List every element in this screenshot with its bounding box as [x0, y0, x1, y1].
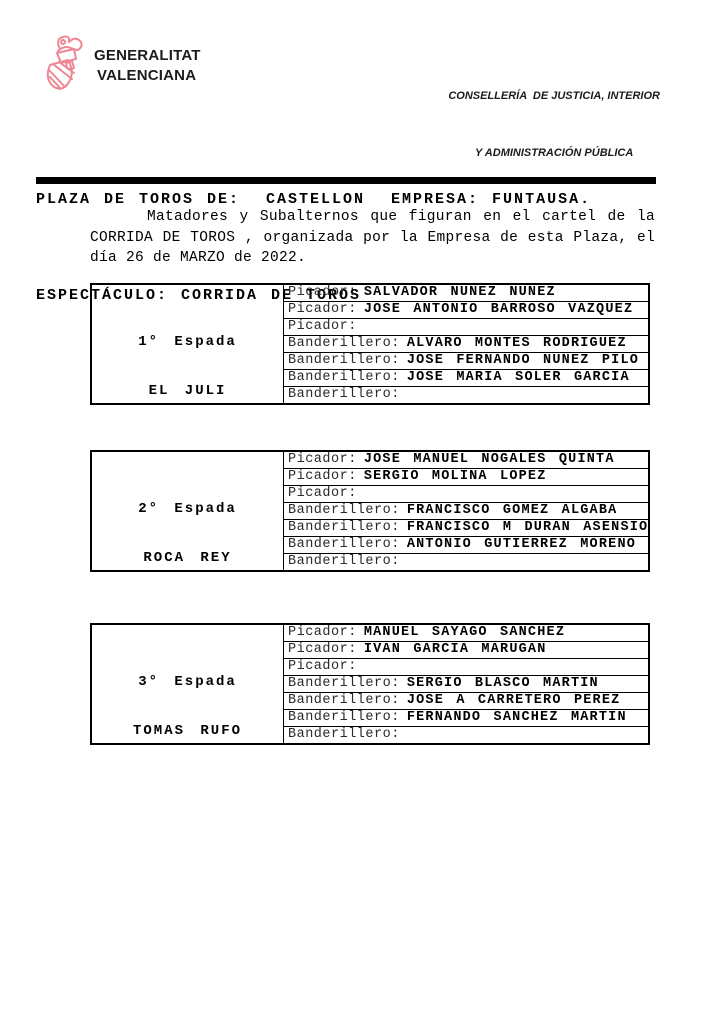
espada-cell: 1° Espada EL JULI	[91, 284, 284, 404]
member-name: IVAN GARCIA MARUGAN	[364, 642, 547, 657]
department-line1: CONSELLERÍA DE JUSTICIA, INTERIOR	[448, 87, 660, 106]
member-name: FERNANDO SANCHEZ MARTIN	[407, 710, 627, 725]
member-name: FRANCISCO GOMEZ ALGABA	[407, 503, 618, 518]
member-row: Banderillero:ALVARO MONTES RODRIGUEZ	[284, 336, 650, 353]
generalitat-valenciana-logo-icon	[36, 34, 88, 102]
role-label: Picador:	[288, 469, 357, 484]
member-row: Banderillero:SERGIO BLASCO MARTIN	[284, 676, 650, 693]
role-label: Banderillero:	[288, 554, 400, 569]
cuadrilla-table-3: 3° Espada TOMAS RUFO Picador:MANUEL SAYA…	[90, 623, 650, 745]
role-label: Banderillero:	[288, 520, 400, 535]
member-name: JOSE ANTONIO BARROSO VAZQUEZ	[364, 302, 633, 317]
member-name: SERGIO MOLINA LOPEZ	[364, 469, 547, 484]
table-row: 3° Espada TOMAS RUFO Picador:MANUEL SAYA…	[91, 624, 649, 642]
document-page: GENERALITAT VALENCIANA CONSELLERÍA DE JU…	[0, 0, 724, 1024]
role-label: Picador:	[288, 486, 357, 501]
member-row: Banderillero:FRANCISCO GOMEZ ALGABA	[284, 503, 650, 520]
member-row: Picador:	[284, 486, 650, 503]
role-label: Banderillero:	[288, 336, 400, 351]
member-name: ALVARO MONTES RODRIGUEZ	[407, 336, 627, 351]
role-label: Banderillero:	[288, 353, 400, 368]
member-name: JOSE A CARRETERO PEREZ	[407, 693, 621, 708]
member-name: JOSE FERNANDO NUÑEZ PILO	[407, 353, 639, 368]
table-row: 1° Espada EL JULI Picador:SALVADOR NUÑEZ…	[91, 284, 649, 302]
role-label: Picador:	[288, 302, 357, 317]
intro-paragraph: Matadores y Subalternos que figuran en e…	[90, 207, 655, 269]
role-label: Picador:	[288, 642, 357, 657]
member-row: Banderillero:JOSE A CARRETERO PEREZ	[284, 693, 650, 710]
matador-name: ROCA REY	[92, 550, 283, 566]
org-name-line2: VALENCIANA	[94, 66, 201, 86]
member-name: ANTONIO GUTIERREZ MORENO	[407, 537, 636, 552]
role-label: Picador:	[288, 285, 357, 300]
member-row: Picador:	[284, 319, 650, 336]
member-row: Banderillero:	[284, 387, 650, 405]
member-row: Banderillero:ANTONIO GUTIERREZ MORENO	[284, 537, 650, 554]
role-label: Banderillero:	[288, 710, 400, 725]
role-label: Banderillero:	[288, 693, 400, 708]
member-name: SALVADOR NUÑEZ NUÑEZ	[364, 285, 556, 300]
divider-bar	[36, 177, 656, 184]
member-name: FRANCISCO M DURAN ASENSIO	[407, 520, 649, 535]
espada-cell: 3° Espada TOMAS RUFO	[91, 624, 284, 744]
member-name: JOSE MANUEL NOGALES QUINTA	[364, 452, 615, 467]
member-row: Picador:IVAN GARCIA MARUGAN	[284, 642, 650, 659]
intro-line1: Matadores y Subalternos que figuran en e…	[90, 207, 655, 228]
member-row: Picador:	[284, 659, 650, 676]
member-row: Banderillero:	[284, 727, 650, 745]
member-name: SERGIO BLASCO MARTIN	[407, 676, 599, 691]
org-name-line1: GENERALITAT	[94, 46, 201, 66]
member-row: Picador:SERGIO MOLINA LOPEZ	[284, 469, 650, 486]
role-label: Banderillero:	[288, 370, 400, 385]
espada-ordinal: 3° Espada	[92, 674, 283, 690]
member-row: Banderillero:	[284, 554, 650, 572]
role-label: Banderillero:	[288, 676, 400, 691]
espada-ordinal: 2° Espada	[92, 501, 283, 517]
role-label: Picador:	[288, 625, 357, 640]
role-label: Picador:	[288, 319, 357, 334]
table-row: 2° Espada ROCA REY Picador:JOSE MANUEL N…	[91, 451, 649, 469]
cuadrilla-table-1: 1° Espada EL JULI Picador:SALVADOR NUÑEZ…	[90, 283, 650, 405]
role-label: Banderillero:	[288, 387, 400, 402]
member-row: Banderillero:JOSE MARIA SOLER GARCIA	[284, 370, 650, 387]
org-name: GENERALITAT VALENCIANA	[94, 34, 201, 86]
member-row: Picador:MANUEL SAYAGO SANCHEZ	[284, 624, 650, 642]
intro-line2: CORRIDA DE TOROS , organizada por la Emp…	[90, 228, 655, 249]
member-row: Banderillero:FERNANDO SANCHEZ MARTIN	[284, 710, 650, 727]
member-row: Picador:JOSE MANUEL NOGALES QUINTA	[284, 451, 650, 469]
role-label: Banderillero:	[288, 727, 400, 742]
espada-ordinal: 1° Espada	[92, 334, 283, 350]
cuadrilla-table-2: 2° Espada ROCA REY Picador:JOSE MANUEL N…	[90, 450, 650, 572]
matador-name: EL JULI	[92, 383, 283, 399]
intro-line3: día 26 de MARZO de 2022.	[90, 248, 655, 269]
role-label: Picador:	[288, 452, 357, 467]
espada-cell: 2° Espada ROCA REY	[91, 451, 284, 571]
matador-name: TOMAS RUFO	[92, 723, 283, 739]
role-label: Banderillero:	[288, 537, 400, 552]
member-row: Picador:SALVADOR NUÑEZ NUÑEZ	[284, 284, 650, 302]
member-row: Banderillero:FRANCISCO M DURAN ASENSIO	[284, 520, 650, 537]
role-label: Banderillero:	[288, 503, 400, 518]
member-row: Picador:JOSE ANTONIO BARROSO VAZQUEZ	[284, 302, 650, 319]
member-name: MANUEL SAYAGO SANCHEZ	[364, 625, 565, 640]
member-row: Banderillero:JOSE FERNANDO NUÑEZ PILO	[284, 353, 650, 370]
member-name: JOSE MARIA SOLER GARCIA	[407, 370, 630, 385]
role-label: Picador:	[288, 659, 357, 674]
